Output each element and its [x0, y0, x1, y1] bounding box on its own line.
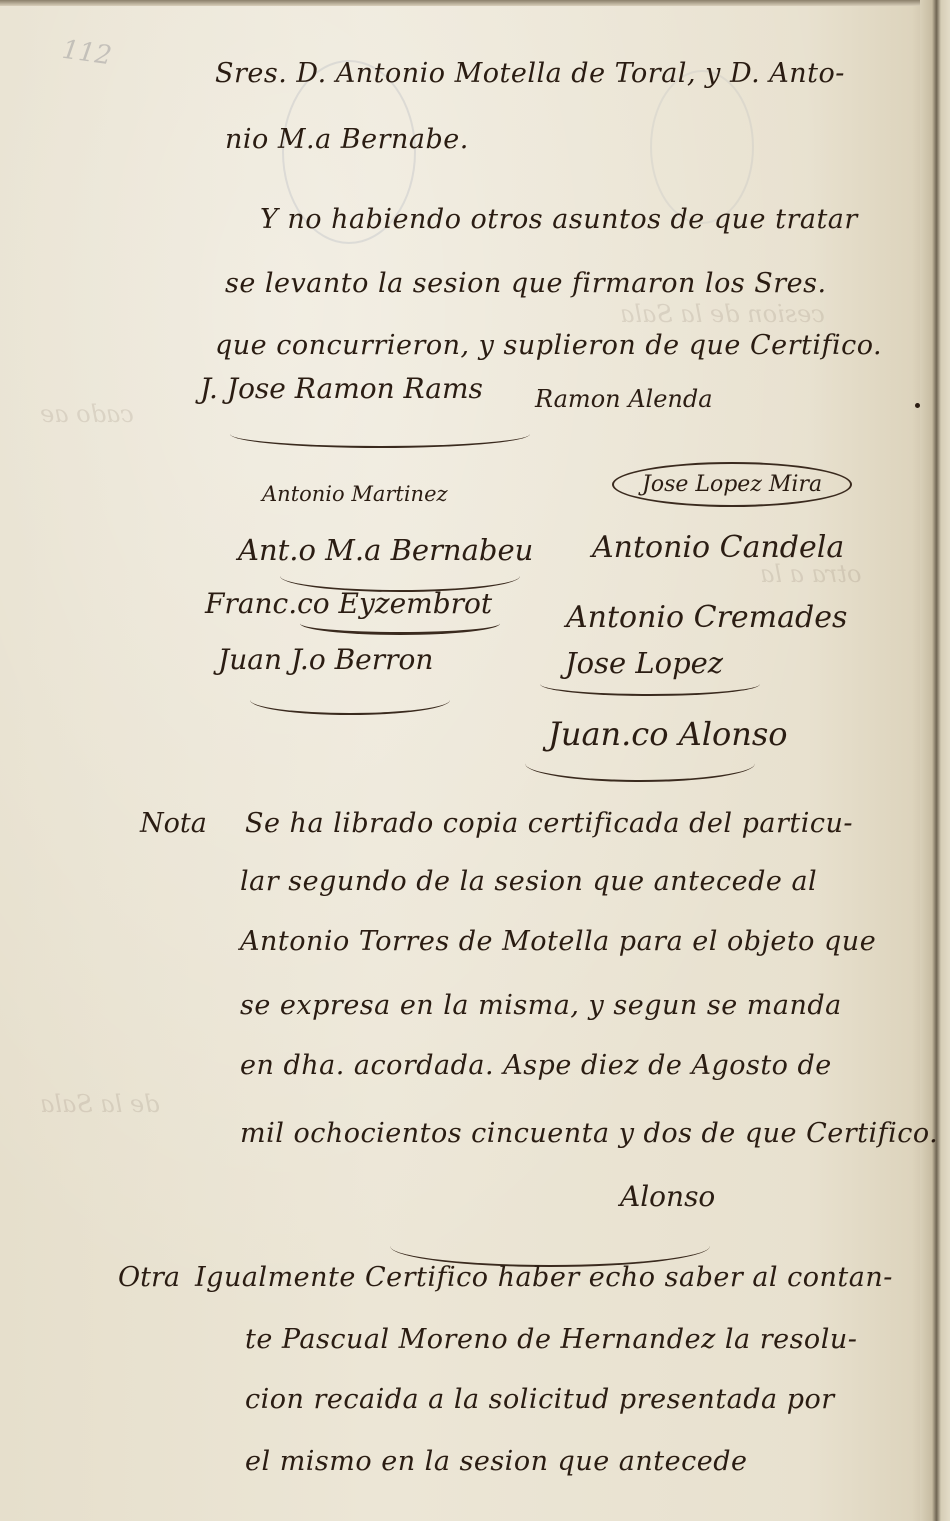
signature-juan-berron: Juan J.o Berron [218, 643, 433, 676]
folio-number: 112 [60, 35, 113, 72]
nota-line-3: Antonio Torres de Motella para el objeto… [240, 926, 876, 957]
nota-signature-alonso: Alonso [620, 1180, 715, 1213]
signature-antonio-cremades: Antonio Cremades [566, 600, 847, 635]
signature-flourish [250, 685, 450, 715]
manuscript-page: 112 cesion de la Sala cado ae otra a la … [0, 0, 950, 1521]
bleed-through-text: cado ae [40, 400, 134, 428]
bleed-through-text: cesion de la Sala [620, 300, 825, 328]
body-line-5: que concurrieron, y suplieron de que Cer… [215, 330, 882, 361]
signature-flourish [230, 420, 530, 448]
signature-antonio-candela: Antonio Candela [592, 530, 844, 565]
nota-line-4: se expresa en la misma, y segun se manda [240, 990, 842, 1021]
signature-flourish [525, 745, 755, 782]
body-line-1: Sres. D. Antonio Motella de Toral, y D. … [215, 58, 845, 89]
nota-line-5: en dha. acordada. Aspe diez de Agosto de [240, 1050, 832, 1081]
embossed-seal-faint [650, 70, 754, 224]
nota-line-6: mil ochocientos cincuenta y dos de que C… [240, 1118, 938, 1149]
otra-line-3: cion recaida a la solicitud presentada p… [245, 1384, 835, 1415]
otra-line-2: te Pascual Moreno de Hernandez la resolu… [245, 1324, 857, 1355]
signature-flourish [540, 672, 760, 696]
body-line-3: Y no habiendo otros asuntos de que trata… [260, 204, 858, 235]
signature-jose-ramon-rams: J. Jose Ramon Rams [200, 372, 483, 405]
nota-line-2: lar segundo de la sesion que antecede al [240, 866, 817, 897]
signature-antonio-martinez: Antonio Martinez [262, 482, 448, 506]
nota-line-1: Se ha librado copia certificada del part… [245, 808, 853, 839]
signature-flourish [390, 1225, 710, 1267]
signature-flourish [300, 612, 500, 635]
page-top-edge [0, 0, 950, 6]
signature-ramon-alenda: Ramon Alenda [535, 385, 713, 413]
otra-line-4: el mismo en la sesion que antecede [245, 1446, 747, 1477]
body-line-4: se levanto la sesion que firmaron los Sr… [225, 268, 827, 299]
otra-label: Otra [118, 1262, 180, 1293]
signature-jose-lopez-mira: Jose Lopez Mira [612, 462, 852, 507]
body-line-2: nio M.a Bernabe. [225, 124, 469, 155]
nota-label: Nota [140, 808, 207, 839]
otra-line-1: Igualmente Certifico haber echo saber al… [195, 1262, 893, 1293]
ink-dot [915, 403, 920, 408]
page-binding-edge [920, 0, 950, 1521]
bleed-through-text: de la Sala [40, 1090, 160, 1118]
